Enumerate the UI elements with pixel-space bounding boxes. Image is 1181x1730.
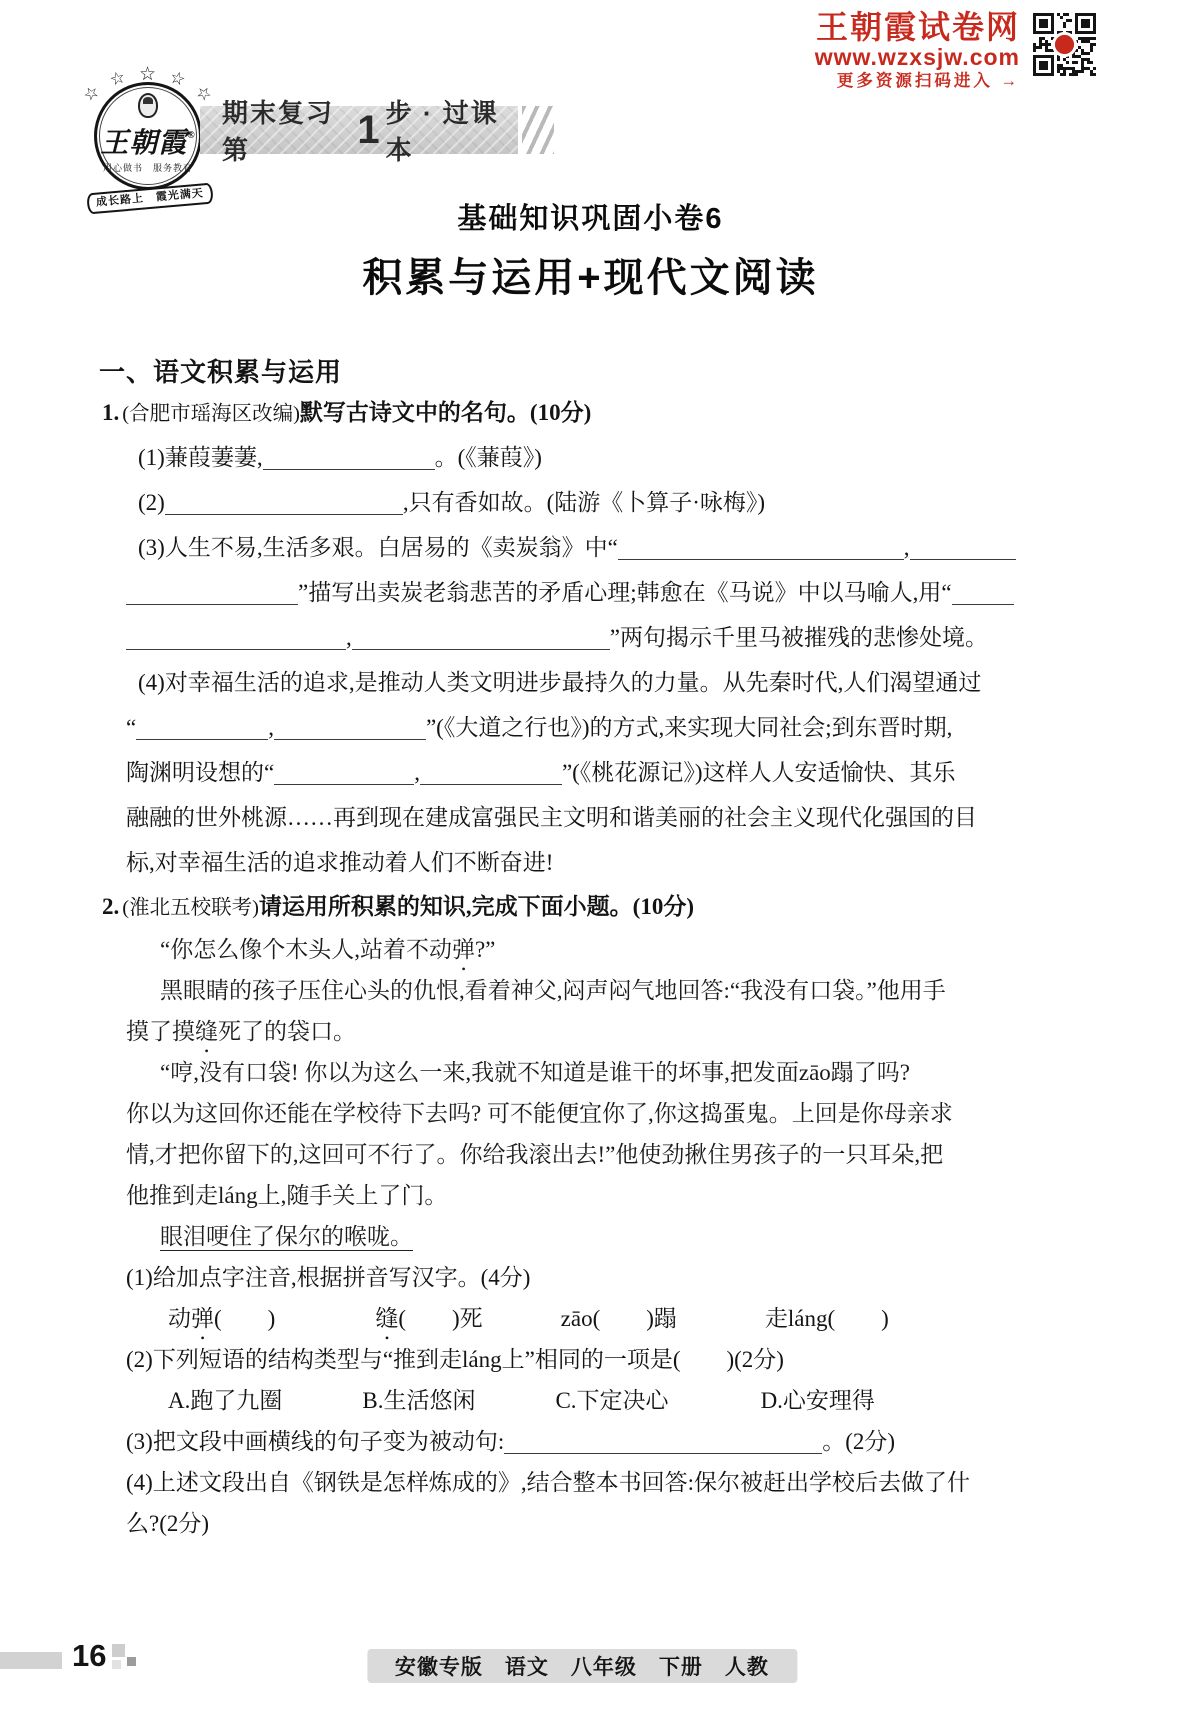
- q2-passage-line-3: 摸了摸缝死了的袋口。: [126, 1011, 1126, 1052]
- registered-mark: ®: [187, 130, 195, 141]
- brand-badge: ☆ ☆ ☆ ☆ ☆ 王朝霞® 用心做书 服务教育 成长路上 霞光满天: [84, 66, 216, 212]
- text-segment: D.心安理得: [761, 1388, 875, 1413]
- answer-blank: [952, 575, 1014, 605]
- q1-stem: 1.(合肥市瑶海区改编)默写古诗文中的名句。(10分): [102, 390, 1126, 435]
- q2-passage-line-4: “哼,没有口袋! 你以为这么一来,我就不知道是谁干的坏事,把发面zāo蹋了吗?: [160, 1052, 1126, 1093]
- text-segment: 陶渊明设想的“: [126, 760, 274, 785]
- q2-passage-line-6: 情,才把你留下的,这回可不行了。你给我滚出去!”他使劲揪住男孩子的一只耳朵,把: [126, 1134, 1126, 1175]
- emphasized-char: 弹: [452, 937, 475, 962]
- q2-passage-line-1: “你怎么像个木头人,站着不动弹?”: [160, 929, 1126, 970]
- badge-brand: 王朝霞®: [97, 121, 199, 161]
- text-segment: (合肥市瑶海区改编): [122, 403, 300, 425]
- q2-sub-4-line-2: 么?(2分): [126, 1503, 1126, 1544]
- text-segment: 2.: [102, 894, 122, 919]
- badge-motto: 用心做书 服务教育: [97, 161, 199, 174]
- text-segment: ”(《桃花源记》)这样人人安适愉快、其乐: [562, 760, 956, 785]
- text-segment: 融融的世外桃源……再到现在建成富强民主文明和谐美丽的社会主义现代化强国的目: [126, 805, 977, 830]
- q2-passage-line-5: 你以为这回你还能在学校待下去吗? 可不能便宜你了,你这捣蛋鬼。上回是你母亲求: [126, 1093, 1126, 1134]
- answer-blank: [618, 530, 904, 560]
- star-icon: ☆: [192, 81, 216, 106]
- badge-circle: 王朝霞® 用心做书 服务教育: [94, 82, 202, 190]
- text-segment: (1)蒹葭萋萋,: [138, 445, 263, 470]
- answer-blank: [420, 755, 562, 785]
- answer-blank: [126, 620, 346, 650]
- publisher-block: 王朝霞试卷网 www.wzxsjw.com 更多资源扫码进入 →: [815, 10, 1099, 92]
- text-segment: 。(《蒹葭》): [435, 445, 542, 470]
- page-number: 16: [72, 1638, 106, 1674]
- text-segment: 默写古诗文中的名句。(10分): [300, 400, 591, 425]
- q1-item-4-line-3: 陶渊明设想的“,”(《桃花源记》)这样人人安适愉快、其乐: [126, 750, 1126, 795]
- q2-sub-3: (3)把文段中画横线的句子变为被动句:。(2分): [126, 1421, 1126, 1462]
- text-segment: zāo( )蹋: [561, 1306, 677, 1331]
- text-segment: (3)把文段中画横线的句子变为被动句:: [126, 1429, 504, 1454]
- q2-sub-4-line-1: (4)上述文段出自《钢铁是怎样炼成的》,结合整本书回答:保尔被赶出学校后去做了什: [126, 1462, 1126, 1503]
- answer-blank: [910, 530, 1016, 560]
- text-segment: 么?(2分): [126, 1511, 209, 1536]
- text-segment: 摸了摸: [126, 1019, 195, 1044]
- text-segment: 黑眼睛的孩子压住心头的仇恨,看着神父,闷声闷气地回答:“我没有口袋。”他用手: [160, 978, 946, 1003]
- text-segment: (4)对幸福生活的追求,是推动人类文明进步最持久的力量。从先秦时代,人们渴望通过: [138, 670, 981, 695]
- q1-item-4-line-5: 标,对幸福生活的追求推动着人们不断奋进!: [126, 840, 1126, 885]
- text-segment: ”(《大道之行也》)的方式,来实现大同社会;到东晋时期,: [426, 715, 952, 740]
- text-segment: (4)上述文段出自《钢铁是怎样炼成的》,结合整本书回答:保尔被赶出学校后去做了什: [126, 1470, 970, 1495]
- exam-page: 王朝霞试卷网 www.wzxsjw.com 更多资源扫码进入 → ☆ ☆ ☆ ☆…: [0, 0, 1181, 1730]
- text-segment: 情,才把你留下的,这回可不行了。你给我滚出去!”他使劲揪住男孩子的一只耳朵,把: [126, 1142, 943, 1167]
- q1-item-3-line-1: (3)人生不易,生活多艰。白居易的《卖炭翁》中“,: [138, 525, 1126, 570]
- q2-passage-line-7: 他推到走láng上,随手关上了门。: [126, 1175, 1126, 1216]
- footer-square-decoration: [127, 1657, 136, 1666]
- answer-blank: [165, 485, 403, 515]
- underlined-sentence: 眼泪哽住了保尔的喉咙。: [160, 1224, 413, 1251]
- text-segment: ?”: [475, 937, 495, 962]
- paper-title: 积累与运用+现代文阅读: [0, 246, 1181, 303]
- text-segment: 死了的袋口。: [218, 1019, 356, 1044]
- chapter-banner: 期末复习第1步 · 过课本: [200, 106, 518, 154]
- text-segment: ”描写出卖炭老翁悲苦的矛盾心理;韩愈在《马说》中以马喻人,用“: [298, 580, 952, 605]
- paper-kicker: 基础知识巩固小卷6: [0, 196, 1181, 237]
- text-segment: ( ): [214, 1306, 275, 1331]
- publisher-url: www.wzxsjw.com: [815, 44, 1020, 70]
- footer-bar-decoration: [0, 1652, 62, 1669]
- text-segment: “哼,没有口袋! 你以为这么一来,我就不知道是谁干的坏事,把发面zāo蹋了吗?: [160, 1060, 910, 1085]
- text-segment: (2)下列短语的结构类型与“推到走láng上”相同的一项是( )(2分): [126, 1347, 784, 1372]
- banner-stripes-decoration: [522, 106, 554, 154]
- q1-item-3-line-2: ”描写出卖炭老翁悲苦的矛盾心理;韩愈在《马说》中以马喻人,用“: [126, 570, 1126, 615]
- q2-passage-line-8: 眼泪哽住了保尔的喉咙。: [160, 1216, 1126, 1257]
- text-segment: 。(2分): [822, 1429, 895, 1454]
- text-segment: A.跑了九圈: [168, 1388, 282, 1413]
- emphasized-char: 缝: [375, 1306, 398, 1331]
- text-segment: (淮北五校联考): [122, 897, 259, 919]
- banner-text-post: 步 · 过课本: [386, 93, 518, 167]
- q1-item-4-line-2: “,”(《大道之行也》)的方式,来实现大同社会;到东晋时期,: [126, 705, 1126, 750]
- title-block: 基础知识巩固小卷6 积累与运用+现代文阅读: [0, 196, 1181, 303]
- text-segment: 他推到走láng上,随手关上了门。: [126, 1183, 447, 1208]
- answer-blank: [352, 620, 610, 650]
- text-segment: 1.: [102, 400, 122, 425]
- q2-stem: 2.(淮北五校联考)请运用所积累的知识,完成下面小题。(10分): [102, 885, 1126, 929]
- exam-lines: 1.(合肥市瑶海区改编)默写古诗文中的名句。(10分)(1)蒹葭萋萋,。(《蒹葭…: [0, 390, 1181, 1544]
- text-segment: (2): [138, 490, 165, 515]
- q1-item-4-line-4: 融融的世外桃源……再到现在建成富强民主文明和谐美丽的社会主义现代化强国的目: [126, 795, 1126, 840]
- answer-blank: [274, 710, 426, 740]
- text-segment: B.生活悠闲: [362, 1388, 475, 1413]
- text-segment: ( )死: [398, 1306, 482, 1331]
- q1-item-1: (1)蒹葭萋萋,。(《蒹葭》): [138, 435, 1126, 480]
- text-segment: 请运用所积累的知识,完成下面小题。(10分): [259, 894, 694, 919]
- text-segment: ,只有香如故。(陆游《卜算子·咏梅》): [403, 490, 765, 515]
- q1-item-3-line-3: ,”两句揭示千里马被摧残的悲惨处境。: [126, 615, 1126, 660]
- footer-square-decoration: [112, 1660, 121, 1669]
- qr-code-icon: [1030, 10, 1099, 79]
- q2-sub-2: (2)下列短语的结构类型与“推到走láng上”相同的一项是( )(2分): [126, 1339, 1126, 1380]
- badge-brand-text: 王朝霞: [100, 128, 187, 159]
- emphasized-char: 弹: [191, 1306, 214, 1331]
- q2-options-row: A.跑了九圈B.生活悠闲C.下定决心D.心安理得: [168, 1380, 1126, 1421]
- text-segment: “你怎么像个木头人,站着不动: [160, 937, 452, 962]
- answer-blank: [274, 755, 414, 785]
- q1-item-4-line-1: (4)对幸福生活的追求,是推动人类文明进步最持久的力量。从先秦时代,人们渴望通过: [138, 660, 1126, 705]
- emphasized-char: 缝: [195, 1019, 218, 1044]
- footer-square-decoration: [112, 1644, 125, 1657]
- text-segment: “: [126, 715, 136, 740]
- star-icon: ☆: [80, 81, 104, 106]
- text-segment: (3)人生不易,生活多艰。白居易的《卖炭翁》中“: [138, 535, 618, 560]
- publisher-text: 王朝霞试卷网 www.wzxsjw.com 更多资源扫码进入 →: [815, 10, 1020, 92]
- text-segment: ”两句揭示千里马被摧残的悲惨处境。: [610, 625, 988, 650]
- publisher-tagline: 更多资源扫码进入 →: [815, 70, 1020, 92]
- text-segment: 标,对幸福生活的追求推动着人们不断奋进!: [126, 850, 553, 875]
- text-segment: (1)给加点字注音,根据拼音写汉字。(4分): [126, 1265, 530, 1290]
- portrait-icon: [138, 93, 158, 118]
- text-segment: 动: [168, 1306, 191, 1331]
- answer-blank: [263, 440, 435, 470]
- q2-sub-1: (1)给加点字注音,根据拼音写汉字。(4分): [126, 1257, 1126, 1298]
- q2-pinyin-row: 动弹( )缝( )死zāo( )蹋走láng( ): [168, 1298, 1126, 1339]
- banner-text-pre: 期末复习第: [222, 93, 353, 167]
- answer-blank: [136, 710, 268, 740]
- answer-blank: [126, 575, 298, 605]
- banner-step-number: 1: [357, 108, 381, 152]
- publisher-name: 王朝霞试卷网: [815, 10, 1020, 44]
- text-segment: C.下定决心: [555, 1388, 668, 1413]
- q2-passage-line-2: 黑眼睛的孩子压住心头的仇恨,看着神父,闷声闷气地回答:“我没有口袋。”他用手: [160, 970, 1126, 1011]
- q1-item-2: (2),只有香如故。(陆游《卜算子·咏梅》): [138, 480, 1126, 525]
- text-segment: 你以为这回你还能在学校待下去吗? 可不能便宜你了,你这捣蛋鬼。上回是你母亲求: [126, 1101, 953, 1126]
- text-segment: 走láng( ): [765, 1306, 889, 1331]
- answer-blank: [504, 1424, 822, 1454]
- section-heading: 一、语文积累与运用: [99, 352, 342, 389]
- footer-edition-label: 安徽专版 语文 八年级 下册 人教: [367, 1649, 797, 1683]
